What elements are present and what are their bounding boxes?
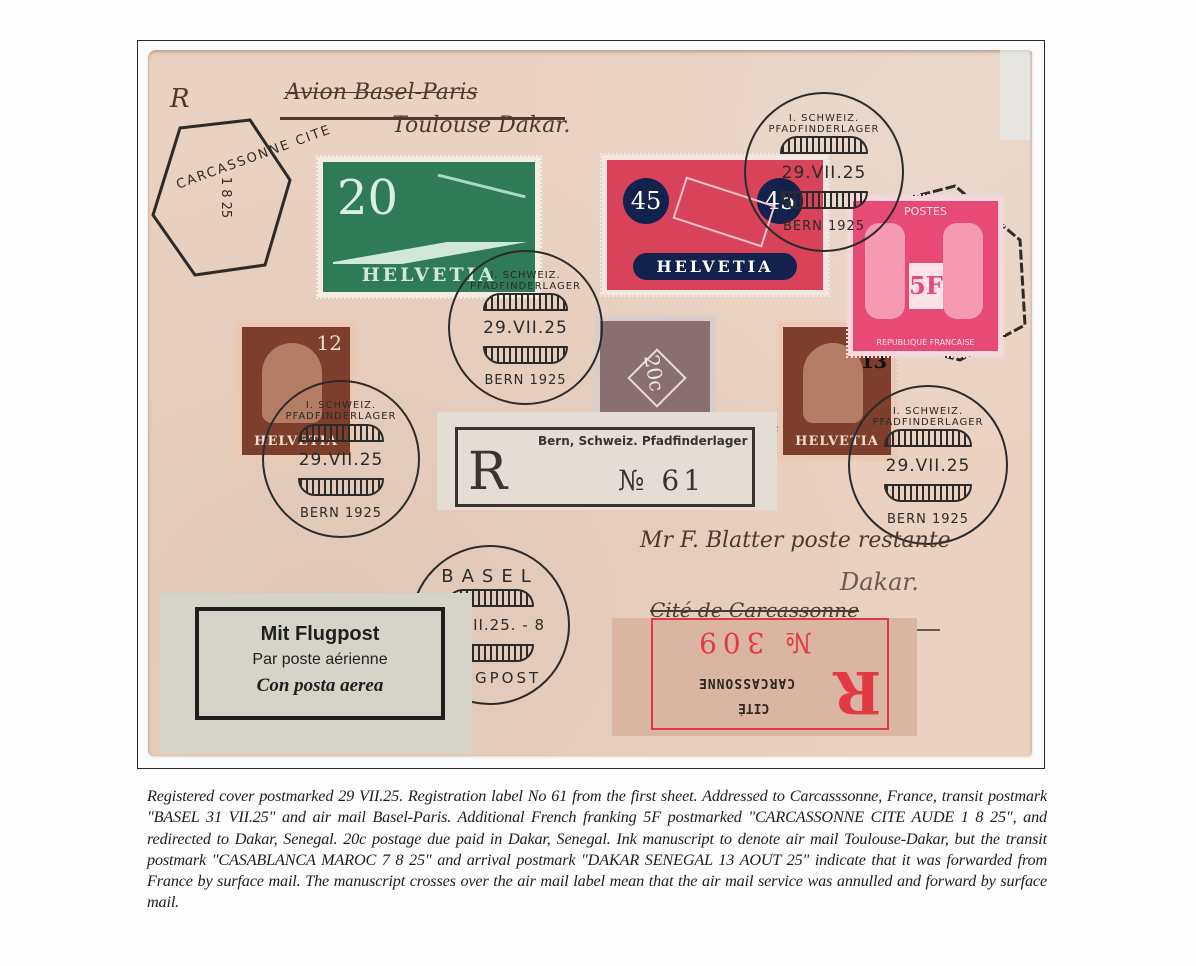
figure-commerce <box>943 223 983 319</box>
airplane-icon <box>430 174 525 228</box>
french-registration-box: № 309 CARCASSONNE CITÉ R <box>651 618 889 730</box>
carcassonne-postmark-date: 1 8 25 <box>218 177 233 218</box>
figure-peace <box>865 223 905 319</box>
registration-office-line-2: CITÉ <box>738 700 769 715</box>
postmark-top-text: BASEL <box>412 566 568 587</box>
postmark-top-text: I. SCHWEIZ. PFADFINDERLAGER <box>850 406 1006 428</box>
postmark-bar <box>884 429 971 447</box>
postmark-bar <box>780 191 867 209</box>
mount-tape <box>1000 50 1030 140</box>
manuscript-route-basel-paris: Avion Basel-Paris <box>285 80 478 105</box>
postmark-bar <box>483 293 568 311</box>
registration-office-line-1: CARCASSONNE <box>698 675 795 690</box>
page-caption: Registered cover postmarked 29 VII.25. R… <box>147 786 1047 914</box>
postmark-top-text: I. SCHWEIZ. PFADFINDERLAGER <box>450 270 601 292</box>
registration-number: № 309 <box>693 626 812 659</box>
postmark-top-text: I. SCHWEIZ. PFADFINDERLAGER <box>746 113 902 135</box>
postmark-bern-camp-3: I. SCHWEIZ. PFADFINDERLAGER 29.VII.25 BE… <box>262 380 420 538</box>
airmail-label-italian: Con posta aerea <box>199 675 441 697</box>
airmail-label-french: Par poste aérienne <box>199 651 441 669</box>
registration-origin: Bern, Schweiz. Pfadfinderlager <box>538 434 747 448</box>
postmark-bottom-text: BERN 1925 <box>746 219 902 234</box>
airmail-label-german: Mit Flugpost <box>199 623 441 646</box>
postmark-date: 29.VII.25 <box>850 456 1006 476</box>
postmark-bern-camp-2: I. SCHWEIZ. PFADFINDERLAGER 29.VII.25 BE… <box>448 250 603 405</box>
postmark-bottom-text: BERN 1925 <box>264 506 418 521</box>
manuscript-route-toulouse-dakar: Toulouse Dakar. <box>392 113 570 138</box>
postmark-top-text: I. SCHWEIZ. PFADFINDERLAGER <box>264 400 418 422</box>
stamp-value-left: 45 <box>623 178 669 224</box>
postmark-date: 29.VII.25 <box>264 450 418 470</box>
registration-number: № 61 <box>618 464 705 497</box>
postmark-bar <box>884 484 971 502</box>
swiss-registration-box: R Bern, Schweiz. Pfadfinderlager № 61 <box>455 427 755 507</box>
postmark-date: 29.VII.25 <box>450 318 601 338</box>
registration-letter: R <box>468 442 507 502</box>
postmark-bern-camp-1: I. SCHWEIZ. PFADFINDERLAGER 29.VII.25 BE… <box>744 92 904 252</box>
stamp-value: 12 <box>317 331 342 355</box>
stamp-value: 5F <box>909 263 943 309</box>
stamp-country: REPUBLIQUE FRANCAISE <box>853 338 998 347</box>
manuscript-address-line-1: Mr F. Blatter poste restante <box>640 528 951 553</box>
postmark-date: 29.VII.25 <box>746 163 902 183</box>
postmark-bar <box>483 346 568 364</box>
stamp-country: HELVETIA <box>633 253 797 280</box>
registration-letter: R <box>833 658 881 726</box>
postmark-bottom-text: BERN 1925 <box>450 373 601 388</box>
airmail-label-box: Mit Flugpost Par poste aérienne Con post… <box>195 607 445 720</box>
manuscript-address-line-2: Dakar. <box>840 568 919 596</box>
postmark-bar <box>298 424 384 442</box>
postmark-bar <box>780 136 867 154</box>
stamp-value: 20 <box>337 170 398 226</box>
postmark-bottom-text: BERN 1925 <box>850 512 1006 527</box>
manuscript-registered-mark: R <box>170 84 190 114</box>
postmark-bern-camp-4: I. SCHWEIZ. PFADFINDERLAGER 29.VII.25 BE… <box>848 385 1008 545</box>
postmark-bar <box>298 478 384 496</box>
